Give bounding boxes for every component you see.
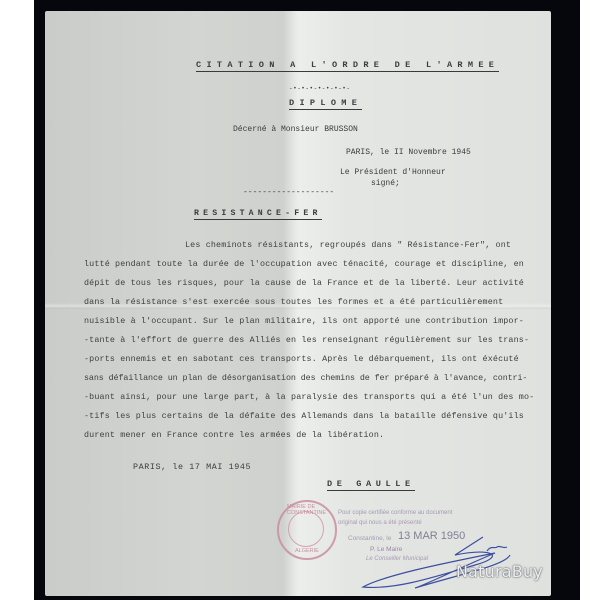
body-line: -tante à l'effort de guerre des Alliés e… (84, 335, 529, 345)
body-line: nuisible à l'occupant. Sur le plan milit… (84, 316, 524, 326)
signatory-name: DE GAULLE (327, 480, 415, 491)
awarded-to: Décerné à Monsieur BRUSSON (233, 126, 358, 134)
stamp-bottom-text: ALGERIE (295, 548, 319, 554)
municipal-stamp: MAIRIE DE CONSTANTINE ALGERIE (277, 500, 337, 560)
stamp-top-text: MAIRIE DE CONSTANTINE (287, 504, 335, 516)
body-line: -ports ennemis et en sabotant ces transp… (84, 354, 519, 364)
body-line: sans défaillance un plan de désorganisat… (84, 373, 527, 383)
body-line: Les cheminots résistants, regroupés dans… (185, 240, 511, 250)
body-line: -buant ainsi, pour une large part, à la … (84, 392, 534, 402)
separator: ------------------- (243, 189, 334, 197)
document-subtitle: DIPLOME (289, 99, 362, 110)
handwritten-signature (355, 525, 545, 595)
body-line: dans la résistance s'est exercée sous to… (84, 297, 503, 307)
body-line: durent mener en France contre les armées… (84, 430, 384, 440)
signed-label: signé; (371, 180, 400, 188)
president-label: Le Président d'Honneur (340, 169, 446, 177)
ornament: -•-•-•-•-•-•-•- (289, 86, 351, 92)
document-title: CITATION A L'ORDRE DE L'ARMEE (196, 61, 499, 72)
body-line: -tifs les plus certains de la défaite de… (84, 411, 524, 421)
closing-place-date: PARIS, le 17 MAI 1945 (133, 463, 251, 471)
place-date: PARIS, le II Novembre 1945 (346, 149, 471, 157)
section-heading: RESISTANCE-FER (194, 210, 322, 220)
body-line: dépit de tous les risques, pour la cause… (84, 278, 524, 288)
naturabuy-watermark: NaturaBuy (456, 562, 543, 581)
body-line: lutté pendant toute la durée de l'occupa… (84, 259, 524, 269)
certification-line-1: Pour copie certifiée conforme au documen… (338, 510, 452, 516)
